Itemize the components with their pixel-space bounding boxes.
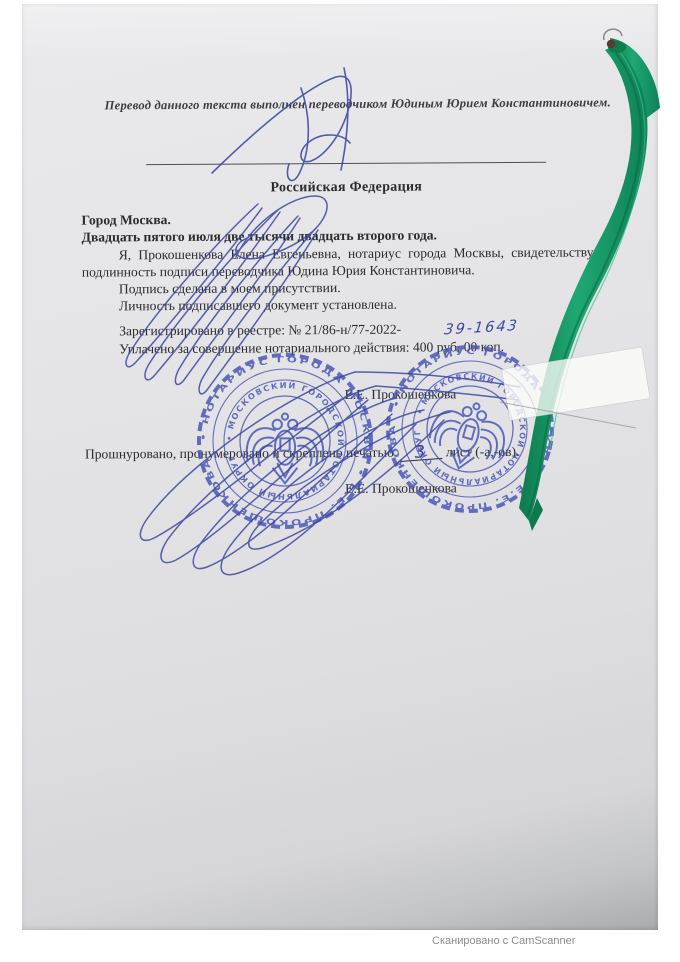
ribbon-wire-loop bbox=[604, 29, 622, 40]
green-ribbon bbox=[519, 29, 660, 531]
camscanner-watermark: Сканировано с CamScanner bbox=[432, 935, 575, 947]
paper-seal-sticker bbox=[502, 347, 650, 421]
binding-ribbon-layer bbox=[0, 0, 680, 962]
ribbon-grommet bbox=[607, 40, 615, 48]
